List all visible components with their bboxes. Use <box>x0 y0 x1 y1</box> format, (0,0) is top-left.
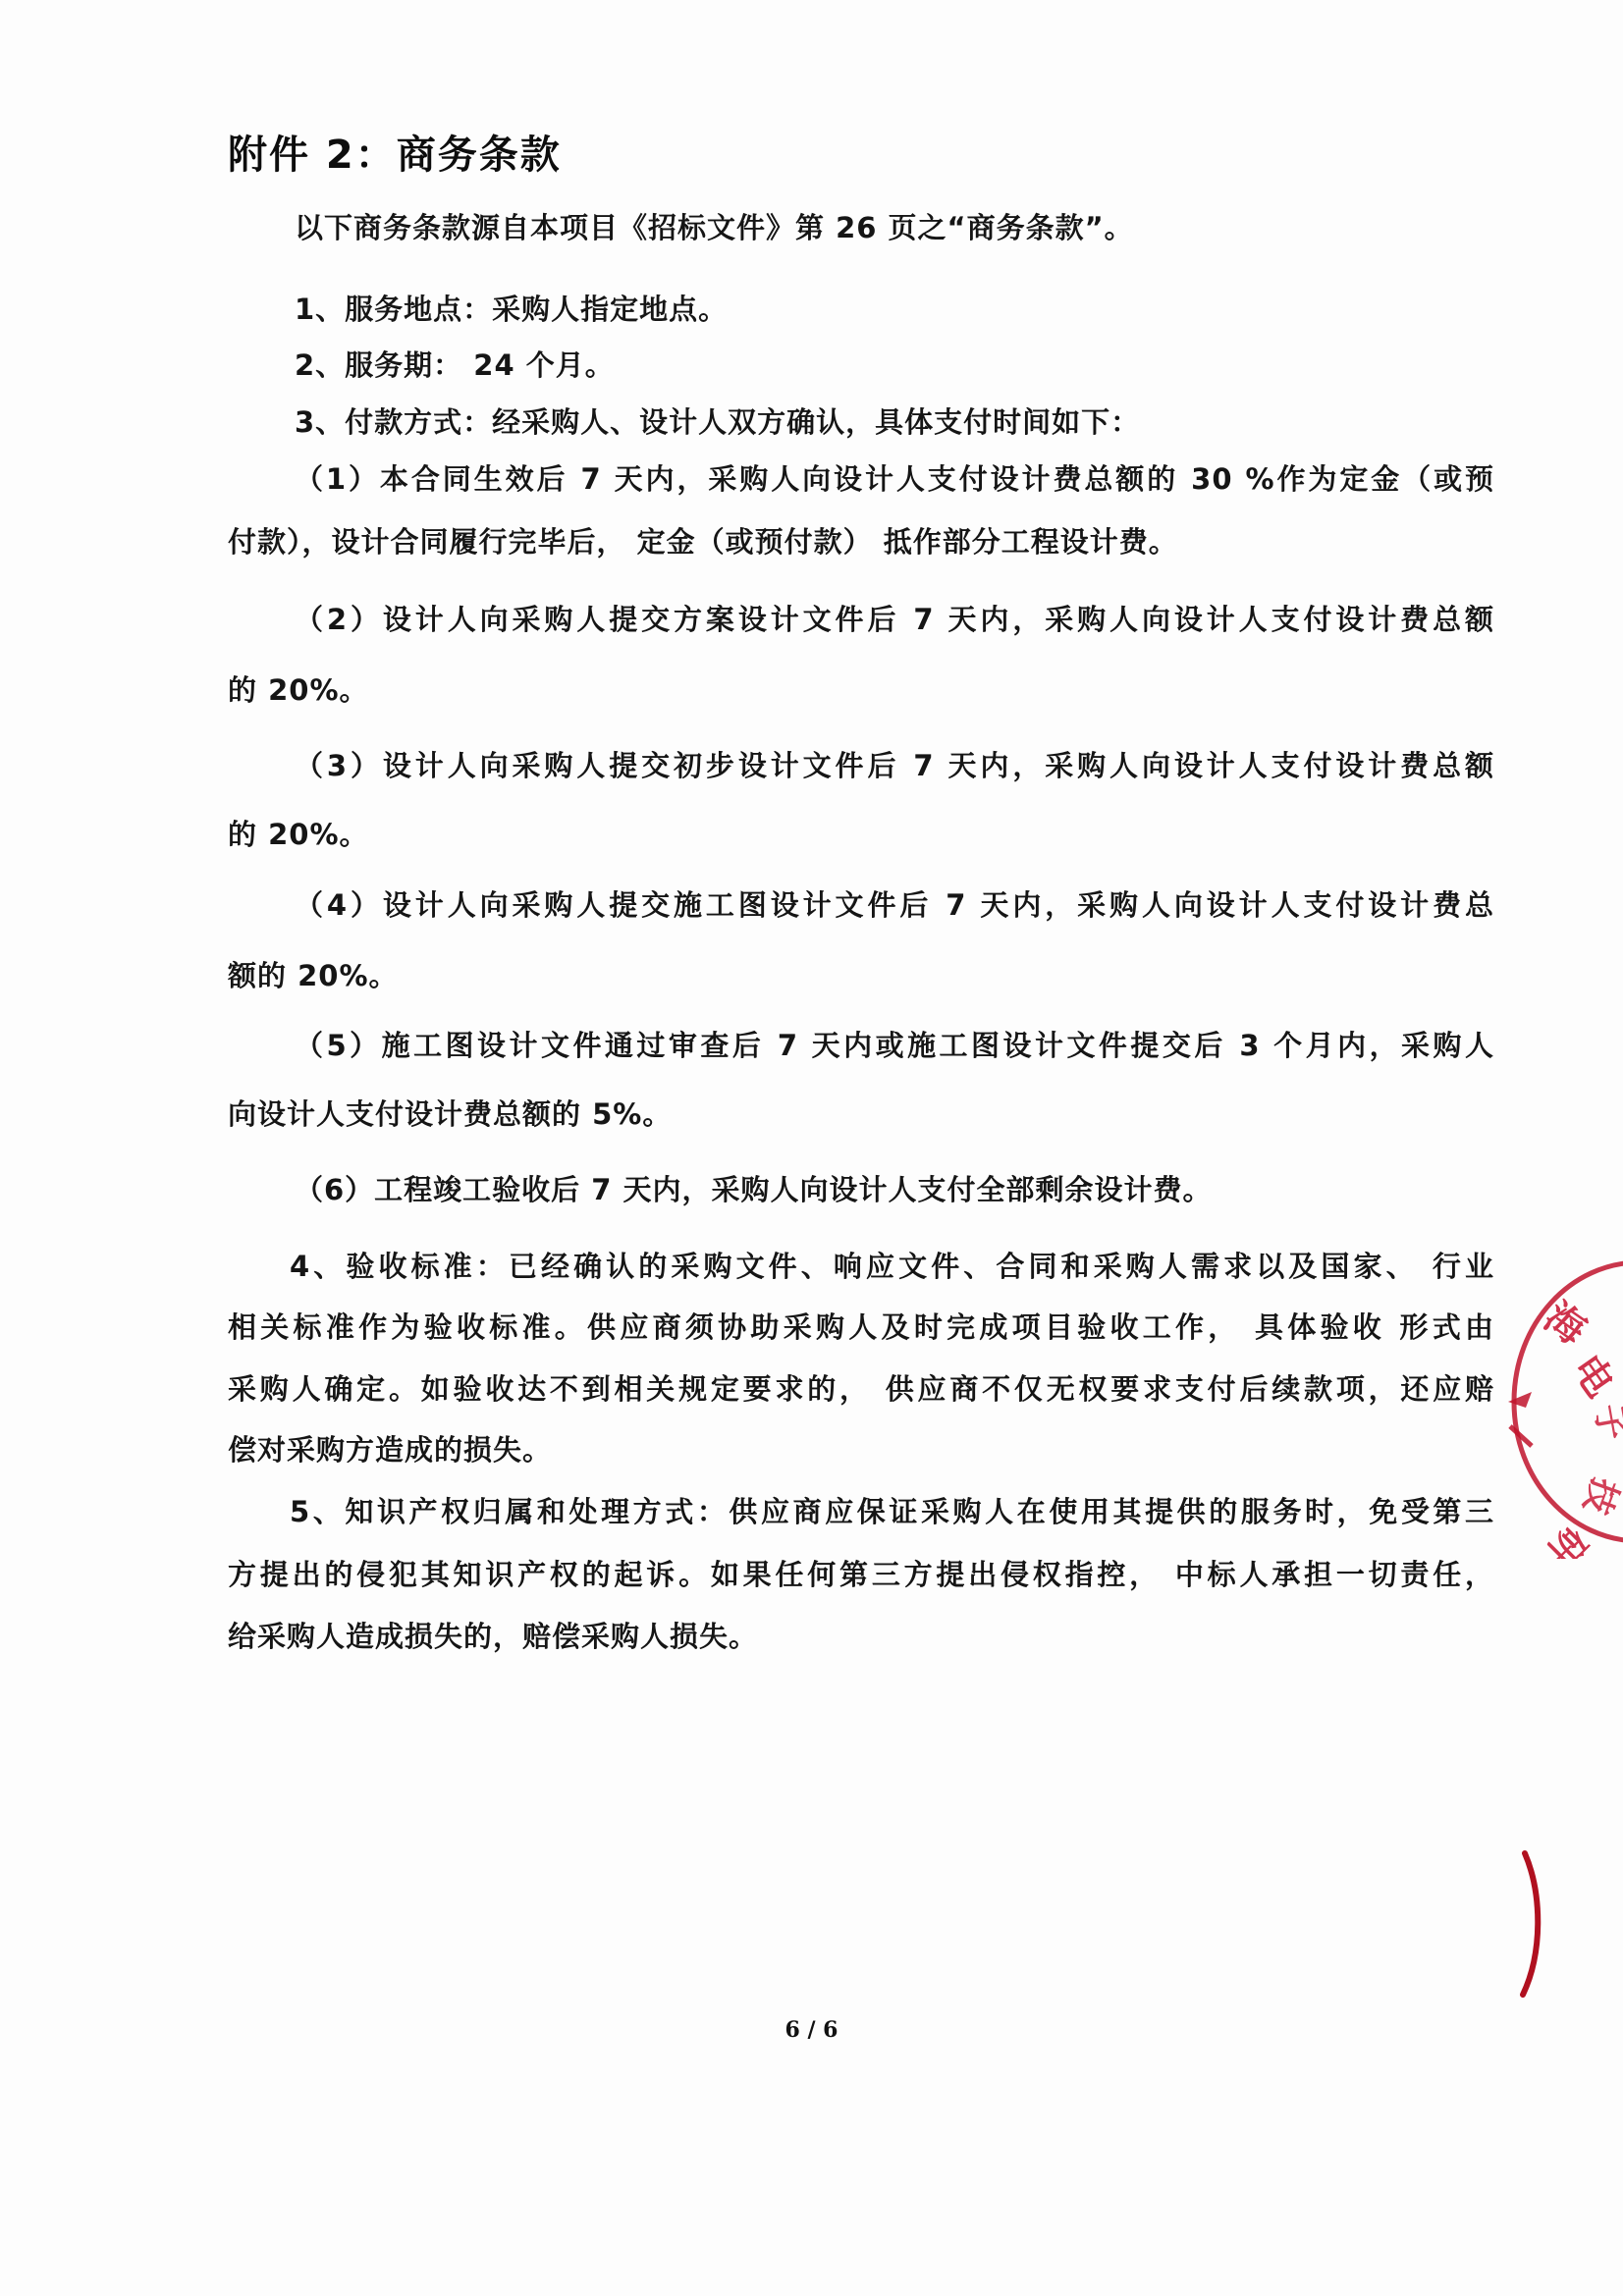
ip-clause-line-2: 方提出的侵犯其知识产权的起诉。如果任何第三方提出侵权指控， 中标人承担一切责任， <box>228 1553 1494 1593</box>
company-seal-icon: 海 电 子 技 研 <box>1502 1245 1623 1559</box>
seal-edge-arc-icon <box>1517 1845 1556 2002</box>
payment-clause-5-line-2: 向设计人支付设计费总额的 5%。 <box>228 1093 672 1133</box>
document-page: 附件 2：商务条款 以下商务条款源自本项目《招标文件》第 26 页之“商务条款”… <box>0 0 1623 2296</box>
page-number: 6 / 6 <box>0 2017 1623 2043</box>
ip-clause-line-3: 给采购人造成损失的，赔偿采购人损失。 <box>228 1615 758 1655</box>
svg-text:研: 研 <box>1539 1519 1596 1559</box>
payment-clause-1-line-1: （1）本合同生效后 7 天内，采购人向设计人支付设计费总额的 30 %作为定金（… <box>236 457 1494 498</box>
item-service-location: 1、服务地点：采购人指定地点。 <box>295 288 728 328</box>
payment-clause-2-line-1: （2）设计人向采购人提交方案设计文件后 7 天内，采购人向设计人支付设计费总额 <box>236 598 1494 638</box>
payment-clause-4-line-2: 额的 20%。 <box>228 954 399 994</box>
item-payment-method: 3、付款方式：经采购人、设计人双方确认，具体支付时间如下： <box>295 400 1140 441</box>
svg-text:技: 技 <box>1575 1472 1623 1520</box>
payment-clause-4-line-1: （4）设计人向采购人提交施工图设计文件后 7 天内，采购人向设计人支付设计费总 <box>236 883 1494 924</box>
svg-text:电: 电 <box>1563 1347 1623 1405</box>
payment-clause-6: （6）工程竣工验收后 7 天内，采购人向设计人支付全部剩余设计费。 <box>295 1168 1213 1208</box>
ip-clause-line-1: 5、知识产权归属和处理方式：供应商应保证采购人在使用其提供的服务时，免受第三 <box>236 1490 1494 1530</box>
acceptance-standard-line-3: 采购人确定。如验收达不到相关规定要求的， 供应商不仅无权要求支付后续款项，还应赔 <box>228 1367 1494 1408</box>
acceptance-standard-line-2: 相关标准作为验收标准。供应商须协助采购人及时完成项目验收工作， 具体验收 形式由 <box>228 1306 1494 1346</box>
payment-clause-5-line-1: （5）施工图设计文件通过审查后 7 天内或施工图设计文件提交后 3 个月内，采购… <box>236 1024 1494 1064</box>
page-title: 附件 2：商务条款 <box>228 124 562 180</box>
acceptance-standard-line-1: 4、验收标准：已经确认的采购文件、响应文件、合同和采购人需求以及国家、 行业 <box>236 1245 1494 1285</box>
intro-paragraph: 以下商务条款源自本项目《招标文件》第 26 页之“商务条款”。 <box>295 206 1134 246</box>
payment-clause-1-line-2: 付款），设计合同履行完毕后， 定金（或预付款） 抵作部分工程设计费。 <box>228 520 1178 561</box>
item-service-period: 2、服务期： 24 个月。 <box>295 344 615 384</box>
payment-clause-3-line-2: 的 20%。 <box>228 813 369 853</box>
payment-clause-3-line-1: （3）设计人向采购人提交初步设计文件后 7 天内，采购人向设计人支付设计费总额 <box>236 744 1494 784</box>
svg-text:海: 海 <box>1536 1295 1594 1355</box>
svg-text:子: 子 <box>1587 1401 1623 1443</box>
payment-clause-2-line-2: 的 20%。 <box>228 668 369 709</box>
acceptance-standard-line-4: 偿对采购方造成的损失。 <box>228 1428 552 1468</box>
